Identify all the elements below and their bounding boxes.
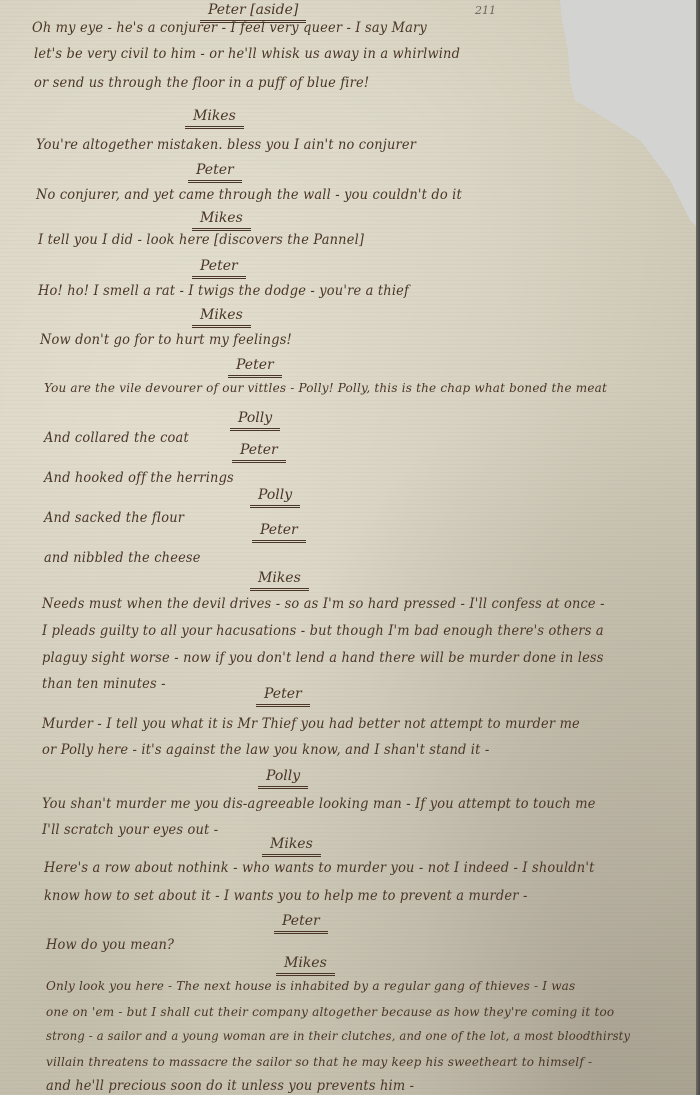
dialogue-line: I tell you I did - look here [discovers … bbox=[38, 232, 364, 248]
dialogue-line: Ho! ho! I smell a rat - I twigs the dodg… bbox=[38, 283, 409, 299]
speaker-heading: Peter bbox=[192, 258, 246, 279]
speaker-heading: Polly bbox=[250, 487, 300, 508]
dialogue-line: and nibbled the cheese bbox=[44, 550, 201, 566]
dialogue-line: You are the vile devourer of our vittles… bbox=[44, 380, 607, 395]
dialogue-line: and he'll precious soon do it unless you… bbox=[46, 1078, 414, 1094]
dialogue-line: And sacked the flour bbox=[44, 510, 184, 526]
page-number: 211 bbox=[475, 4, 496, 17]
speaker-heading: Mikes bbox=[262, 836, 321, 857]
dialogue-line: plaguy sight worse - now if you don't le… bbox=[42, 650, 604, 666]
dialogue-line: Oh my eye - he's a conjurer - I feel ver… bbox=[32, 20, 427, 36]
dialogue-line: let's be very civil to him - or he'll wh… bbox=[34, 46, 460, 62]
speaker-heading: Mikes bbox=[192, 307, 251, 328]
speaker-heading: Mikes bbox=[185, 108, 244, 129]
dialogue-line: No conjurer, and yet came through the wa… bbox=[36, 187, 462, 203]
dialogue-line: strong - a sailor and a young woman are … bbox=[46, 1029, 630, 1043]
dialogue-line: Now don't go for to hurt my feelings! bbox=[40, 332, 292, 348]
dialogue-line: You're altogether mistaken. bless you I … bbox=[36, 137, 416, 153]
speaker-heading: Mikes bbox=[192, 210, 251, 231]
speaker-heading: Peter bbox=[252, 522, 306, 543]
dialogue-line: villain threatens to massacre the sailor… bbox=[46, 1054, 592, 1069]
speaker-heading: Mikes bbox=[250, 570, 309, 591]
dialogue-line: know how to set about it - I wants you t… bbox=[44, 888, 528, 904]
page-edge-shadow bbox=[696, 0, 700, 1095]
speaker-heading: Peter bbox=[274, 913, 328, 934]
speaker-heading: Mikes bbox=[276, 955, 335, 976]
dialogue-line: one on 'em - but I shall cut their compa… bbox=[46, 1004, 614, 1019]
dialogue-line: than ten minutes - bbox=[42, 676, 166, 692]
dialogue-line: I pleads guilty to all your hacusations … bbox=[42, 623, 604, 639]
speaker-heading: Peter bbox=[188, 162, 242, 183]
dialogue-line: How do you mean? bbox=[46, 937, 174, 953]
dialogue-line: Here's a row about nothink - who wants t… bbox=[44, 860, 595, 876]
dialogue-line: Murder - I tell you what it is Mr Thief … bbox=[42, 716, 580, 732]
dialogue-line: And hooked off the herrings bbox=[44, 470, 234, 486]
speaker-heading: Polly bbox=[230, 410, 280, 431]
speaker-heading: Peter bbox=[232, 442, 286, 463]
dialogue-line: or Polly here - it's against the law you… bbox=[42, 742, 489, 758]
dialogue-line: Only look you here - The next house is i… bbox=[46, 978, 575, 993]
speaker-heading: Peter bbox=[228, 357, 282, 378]
dialogue-line: I'll scratch your eyes out - bbox=[42, 822, 218, 838]
dialogue-line: or send us through the floor in a puff o… bbox=[34, 75, 369, 91]
manuscript-page bbox=[0, 0, 700, 1095]
dialogue-line: You shan't murder me you dis-agreeable l… bbox=[42, 796, 596, 812]
speaker-heading: Polly bbox=[258, 768, 308, 789]
dialogue-line: And collared the coat bbox=[44, 430, 189, 446]
speaker-heading: Peter bbox=[256, 686, 310, 707]
dialogue-line: Needs must when the devil drives - so as… bbox=[42, 596, 605, 612]
